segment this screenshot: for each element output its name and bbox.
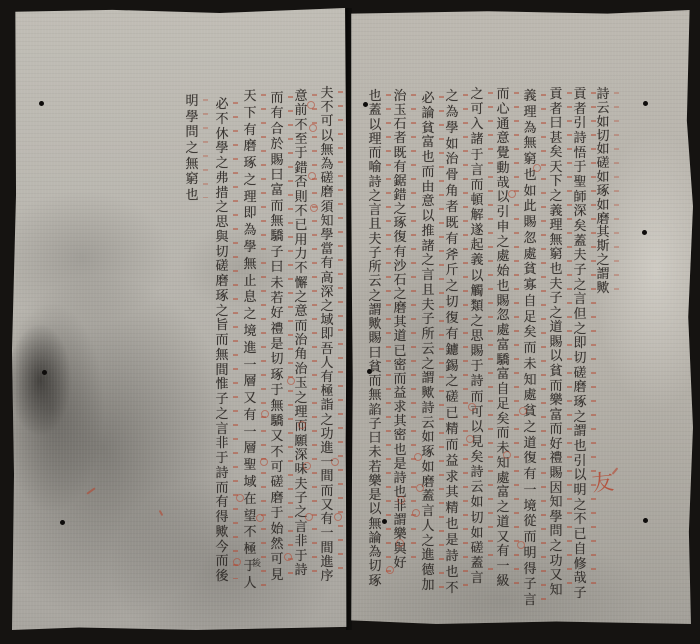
character: 也 bbox=[185, 189, 199, 202]
character: 好 bbox=[270, 307, 284, 320]
character: 處 bbox=[496, 250, 510, 263]
character: 進 bbox=[243, 342, 257, 355]
character: 始 bbox=[270, 523, 284, 536]
red-punctuation-circle bbox=[298, 421, 306, 429]
text-column-right-2: 貢者引詩悟于聖師深矣蓋夫子之言但之即切磋磨琢之謂也引以明之不已自修哉子 bbox=[572, 88, 588, 600]
character: 富 bbox=[549, 409, 563, 422]
character: 云 bbox=[596, 102, 610, 115]
character: 層 bbox=[243, 442, 257, 455]
character: 磨 bbox=[393, 302, 407, 315]
character: 謂 bbox=[573, 425, 587, 438]
character: 言 bbox=[368, 204, 382, 217]
red-punctuation-circle bbox=[533, 164, 541, 172]
character: 明 bbox=[573, 484, 587, 497]
character: 之 bbox=[368, 190, 382, 203]
character: 云 bbox=[470, 481, 484, 494]
character: 而 bbox=[215, 482, 229, 495]
character: 問 bbox=[185, 126, 199, 139]
red-punctuation-circle bbox=[414, 453, 422, 461]
character: 引 bbox=[573, 455, 587, 468]
character: 深 bbox=[573, 205, 587, 218]
character: 切 bbox=[215, 246, 229, 259]
character: 磨 bbox=[596, 213, 610, 226]
character: 非 bbox=[215, 437, 229, 450]
red-punctuation-circle bbox=[287, 377, 295, 385]
character: 無 bbox=[185, 158, 199, 171]
character: 起 bbox=[470, 239, 484, 252]
character: 而 bbox=[549, 423, 563, 436]
interlinear-note: 後 bbox=[252, 560, 261, 569]
character: 而 bbox=[393, 373, 407, 386]
red-brush-mark bbox=[86, 487, 95, 494]
character: 琢 bbox=[215, 290, 229, 303]
character: 引 bbox=[496, 206, 510, 219]
character: 義 bbox=[523, 90, 537, 103]
character: 諂 bbox=[368, 404, 382, 417]
red-punctuation-circle bbox=[416, 484, 424, 492]
character: 賜 bbox=[368, 332, 382, 345]
character: 無 bbox=[523, 137, 537, 150]
red-punctuation-circle bbox=[397, 496, 405, 504]
character: 之 bbox=[185, 142, 199, 155]
character: 不 bbox=[320, 101, 334, 114]
character: 師 bbox=[573, 191, 587, 204]
red-annotation: 友 bbox=[591, 472, 615, 496]
character: 級 bbox=[496, 575, 510, 588]
character: 人 bbox=[320, 357, 334, 370]
red-punctuation-circle bbox=[308, 172, 316, 180]
character: 序 bbox=[320, 570, 334, 583]
character: 足 bbox=[496, 398, 510, 411]
character: 覺 bbox=[496, 147, 510, 160]
character: 不 bbox=[573, 513, 587, 526]
character: 理 bbox=[243, 191, 257, 204]
character: 間 bbox=[320, 470, 334, 483]
character: 如 bbox=[596, 116, 610, 129]
character: 貧 bbox=[368, 361, 382, 374]
character: 詩 bbox=[393, 472, 407, 485]
character: 磋 bbox=[470, 542, 484, 555]
character: 子 bbox=[573, 587, 587, 600]
character: 蓋 bbox=[421, 490, 435, 503]
character: 也 bbox=[549, 263, 563, 276]
character: 而 bbox=[421, 166, 435, 179]
character: 天 bbox=[549, 161, 563, 174]
character: 有 bbox=[523, 468, 537, 481]
character: 為 bbox=[523, 122, 537, 135]
character: 思 bbox=[470, 330, 484, 343]
character: 詩 bbox=[573, 132, 587, 145]
character: 道 bbox=[549, 321, 563, 334]
character: 知 bbox=[320, 215, 334, 228]
character: 之 bbox=[470, 315, 484, 328]
character: 懈 bbox=[294, 277, 308, 290]
character: 也 bbox=[393, 444, 407, 457]
character: 但 bbox=[573, 308, 587, 321]
character: 得 bbox=[523, 563, 537, 576]
character: 曰 bbox=[270, 169, 284, 182]
character: 即 bbox=[573, 337, 587, 350]
character: 琢 bbox=[393, 217, 407, 230]
character: 詩 bbox=[368, 176, 382, 189]
red-brush-mark bbox=[159, 510, 164, 516]
character: 解 bbox=[470, 209, 484, 222]
character: 謂 bbox=[596, 268, 610, 281]
character: 于 bbox=[270, 384, 284, 397]
character: 悟 bbox=[573, 147, 587, 160]
character: 思 bbox=[215, 216, 229, 229]
character: 甚 bbox=[549, 132, 563, 145]
red-punctuation-circle bbox=[466, 435, 474, 443]
character: 切 bbox=[596, 130, 610, 143]
character: 一 bbox=[523, 484, 537, 497]
red-punctuation-circle bbox=[233, 558, 241, 566]
red-punctuation-circle bbox=[236, 494, 244, 502]
character: 是 bbox=[445, 534, 459, 547]
character: 言 bbox=[470, 572, 484, 585]
text-column-left-3: 而有合於賜曰富而無驕子曰未若好禮是切琢于無驕又不可磋磨于始然可見 bbox=[269, 92, 285, 582]
text-column-left-5: 必不休學之弗措之思與切磋磨琢之旨而無間惟子之言非于詩而有得歟今而後 bbox=[214, 98, 230, 583]
character: 貧 bbox=[523, 263, 537, 276]
character: 如 bbox=[445, 138, 459, 151]
character: 精 bbox=[445, 423, 459, 436]
character: 夫 bbox=[294, 478, 308, 491]
character: 意 bbox=[496, 132, 510, 145]
character: 休 bbox=[215, 128, 229, 141]
character: 有 bbox=[270, 107, 284, 120]
character: 而 bbox=[470, 179, 484, 192]
character: 之 bbox=[445, 90, 459, 103]
character: 曰 bbox=[549, 117, 563, 130]
character: 而 bbox=[215, 555, 229, 568]
character: 如 bbox=[596, 199, 610, 212]
character: 之 bbox=[496, 236, 510, 249]
character: 之 bbox=[215, 408, 229, 421]
character: 琢 bbox=[243, 157, 257, 170]
character: 又 bbox=[496, 531, 510, 544]
character: 磋 bbox=[445, 391, 459, 404]
text-column-right-7: 之為學如治骨角者既有斧斤之切復有鑢錫之磋已精而益求其精也是詩也不 bbox=[444, 90, 460, 595]
character: 忽 bbox=[523, 232, 537, 245]
character: 如 bbox=[596, 171, 610, 184]
character: 之 bbox=[445, 375, 459, 388]
character: 域 bbox=[243, 476, 257, 489]
character: 理 bbox=[523, 106, 537, 119]
character: 惟 bbox=[215, 378, 229, 391]
character: 子 bbox=[270, 246, 284, 259]
character: 角 bbox=[445, 185, 459, 198]
character: 意 bbox=[421, 195, 435, 208]
character: 息 bbox=[243, 291, 257, 304]
character: 子 bbox=[523, 578, 537, 591]
manuscript-text: 詩云如切如磋如琢如磨其斯之謂歟 貢者引詩悟于聖師深矣蓋夫子之言但之即切磋磨琢之謂… bbox=[0, 0, 700, 644]
character: 可 bbox=[320, 115, 334, 128]
character: 夫 bbox=[320, 87, 334, 100]
character: 已 bbox=[294, 219, 308, 232]
character: 有 bbox=[243, 409, 257, 422]
character: 治 bbox=[294, 363, 308, 376]
character: 以 bbox=[549, 350, 563, 363]
character: 也 bbox=[445, 566, 459, 579]
character: 子 bbox=[294, 492, 308, 505]
character: 哉 bbox=[496, 177, 510, 190]
character: 未 bbox=[523, 358, 537, 371]
red-punctuation-circle bbox=[310, 204, 318, 212]
character: 聖 bbox=[573, 176, 587, 189]
character: 詣 bbox=[320, 399, 334, 412]
character: 之 bbox=[573, 411, 587, 424]
character: 蓋 bbox=[368, 104, 382, 117]
character: 下 bbox=[243, 107, 257, 120]
character: 者 bbox=[393, 132, 407, 145]
character: 之 bbox=[549, 190, 563, 203]
text-column-right-8: 必論貧富也而由意以推諸之言且夫子所云之謂歟詩云如琢如磨蓋言人之進德加 bbox=[420, 92, 436, 592]
character: 琢 bbox=[368, 575, 382, 588]
character: 人 bbox=[243, 577, 257, 590]
character: 既 bbox=[445, 217, 459, 230]
character: 賜 bbox=[270, 154, 284, 167]
character: 詩 bbox=[215, 467, 229, 480]
character: 有 bbox=[393, 161, 407, 174]
character: 如 bbox=[421, 461, 435, 474]
character: 于 bbox=[470, 360, 484, 373]
character: 切 bbox=[445, 296, 459, 309]
character: 富 bbox=[496, 486, 510, 499]
character: 之 bbox=[549, 307, 563, 320]
character: 切 bbox=[470, 512, 484, 525]
red-punctuation-circle bbox=[331, 458, 339, 466]
character: 無 bbox=[368, 518, 382, 531]
character: 驕 bbox=[496, 354, 510, 367]
character: 論 bbox=[368, 532, 382, 545]
red-punctuation-circle bbox=[260, 458, 268, 466]
character: 合 bbox=[270, 123, 284, 136]
character: 遂 bbox=[470, 224, 484, 237]
character: 其 bbox=[596, 226, 610, 239]
character: 如 bbox=[470, 527, 484, 540]
character: 進 bbox=[320, 556, 334, 569]
character: 蓋 bbox=[470, 557, 484, 570]
character: 益 bbox=[393, 387, 407, 400]
red-punctuation-circle bbox=[519, 407, 527, 415]
character: 深 bbox=[320, 286, 334, 299]
character: 也 bbox=[368, 90, 382, 103]
character: 忽 bbox=[496, 309, 510, 322]
character: 子 bbox=[368, 418, 382, 431]
character: 措 bbox=[215, 187, 229, 200]
character: 錯 bbox=[393, 189, 407, 202]
character: 詩 bbox=[294, 564, 308, 577]
character: 窮 bbox=[185, 173, 199, 186]
character: 賜 bbox=[549, 467, 563, 480]
character: 是 bbox=[393, 458, 407, 471]
character: 從 bbox=[523, 515, 537, 528]
character: 功 bbox=[320, 428, 334, 441]
character: 有 bbox=[445, 328, 459, 341]
character: 有 bbox=[393, 246, 407, 259]
character: 之 bbox=[393, 288, 407, 301]
character: 人 bbox=[421, 520, 435, 533]
character: 而 bbox=[496, 427, 510, 440]
character: 密 bbox=[393, 429, 407, 442]
character: 意 bbox=[294, 305, 308, 318]
character: 治 bbox=[294, 334, 308, 347]
character: 不 bbox=[243, 526, 257, 539]
character: 足 bbox=[523, 311, 537, 324]
character: 而 bbox=[549, 380, 563, 393]
character: 之 bbox=[393, 203, 407, 216]
red-punctuation-circle bbox=[468, 403, 476, 411]
character: 如 bbox=[523, 185, 537, 198]
character: 望 bbox=[243, 510, 257, 523]
character: 琢 bbox=[421, 446, 435, 459]
character: 如 bbox=[596, 143, 610, 156]
character: 之 bbox=[523, 421, 537, 434]
character: 之 bbox=[368, 290, 382, 303]
character: 治 bbox=[445, 153, 459, 166]
character: 也 bbox=[573, 440, 587, 453]
character: 必 bbox=[421, 92, 435, 105]
character: 夫 bbox=[421, 299, 435, 312]
character: 知 bbox=[523, 374, 537, 387]
character: 樂 bbox=[368, 475, 382, 488]
character: 賜 bbox=[523, 216, 537, 229]
character: 之 bbox=[496, 501, 510, 514]
character: 引 bbox=[573, 117, 587, 130]
character: 詩 bbox=[596, 88, 610, 101]
character: 磨 bbox=[215, 275, 229, 288]
character: 喻 bbox=[368, 161, 382, 174]
character: 下 bbox=[549, 175, 563, 188]
character: 哉 bbox=[573, 572, 587, 585]
character: 驕 bbox=[270, 230, 284, 243]
character: 學 bbox=[185, 111, 199, 124]
character: 復 bbox=[393, 231, 407, 244]
character: 動 bbox=[496, 162, 510, 175]
character: 之 bbox=[573, 499, 587, 512]
character: 於 bbox=[270, 138, 284, 151]
character: 功 bbox=[549, 555, 563, 568]
character: 之 bbox=[421, 358, 435, 371]
character: 學 bbox=[243, 241, 257, 254]
character: 謂 bbox=[393, 514, 407, 527]
text-column-right-10: 也蓋以理而喻詩之言且夫子所云之謂歟賜曰貧而無諂子曰未若樂是以無論為切琢 bbox=[367, 90, 383, 588]
character: 曰 bbox=[270, 261, 284, 274]
character: 之 bbox=[243, 308, 257, 321]
character: 而 bbox=[368, 147, 382, 160]
character: 境 bbox=[243, 325, 257, 338]
character: 益 bbox=[445, 455, 459, 468]
character: 弗 bbox=[215, 172, 229, 185]
character: 貧 bbox=[421, 122, 435, 135]
character: 以 bbox=[470, 421, 484, 434]
character: 不 bbox=[215, 113, 229, 126]
character: 無 bbox=[549, 234, 563, 247]
character: 歟 bbox=[368, 318, 382, 331]
character: 深 bbox=[294, 449, 308, 462]
character: 寡 bbox=[523, 279, 537, 292]
character: 力 bbox=[294, 248, 308, 261]
character: 夫 bbox=[368, 233, 382, 246]
character: 琢 bbox=[573, 396, 587, 409]
character: 以 bbox=[320, 130, 334, 143]
character: 為 bbox=[445, 106, 459, 119]
character: 其 bbox=[445, 486, 459, 499]
character: 有 bbox=[445, 233, 459, 246]
character: 自 bbox=[523, 295, 537, 308]
character: 可 bbox=[470, 103, 484, 116]
red-punctuation-circle bbox=[386, 566, 394, 574]
character: 之 bbox=[215, 305, 229, 318]
character: 否 bbox=[294, 176, 308, 189]
character: 而 bbox=[496, 88, 510, 101]
character: 吾 bbox=[320, 343, 334, 356]
character: 樂 bbox=[549, 394, 563, 407]
character: 磋 bbox=[215, 260, 229, 273]
character: 之 bbox=[215, 157, 229, 170]
character: 極 bbox=[320, 385, 334, 398]
character: 磋 bbox=[573, 367, 587, 380]
character: 貢 bbox=[549, 88, 563, 101]
character: 又 bbox=[549, 569, 563, 582]
character: 富 bbox=[421, 136, 435, 149]
character: 不 bbox=[445, 582, 459, 595]
character: 不 bbox=[270, 446, 284, 459]
character: 心 bbox=[496, 103, 510, 116]
character: 言 bbox=[573, 293, 587, 306]
character: 而 bbox=[270, 92, 284, 105]
text-column-right-1: 詩云如切如磋如琢如磨其斯之謂歟 bbox=[595, 88, 611, 295]
character: 貧 bbox=[549, 365, 563, 378]
character: 磨 bbox=[270, 492, 284, 505]
character: 即 bbox=[243, 207, 257, 220]
character: 而 bbox=[523, 531, 537, 544]
character: 富 bbox=[496, 339, 510, 352]
character: 而 bbox=[294, 320, 308, 333]
character: 用 bbox=[294, 234, 308, 247]
character: 止 bbox=[243, 275, 257, 288]
character: 間 bbox=[215, 364, 229, 377]
character: 之 bbox=[294, 392, 308, 405]
character: 道 bbox=[523, 437, 537, 450]
character: 明 bbox=[523, 547, 537, 560]
character: 無 bbox=[243, 258, 257, 271]
character: 曰 bbox=[368, 347, 382, 360]
character: 磨 bbox=[320, 186, 334, 199]
character: 而 bbox=[470, 391, 484, 404]
text-column-right-6: 之可入諸于言而頓解遂起義以觸類之思賜于詩而可以見矣詩云如切如磋蓋言 bbox=[469, 88, 485, 585]
character: 切 bbox=[368, 560, 382, 573]
character: 得 bbox=[215, 511, 229, 524]
character: 琢 bbox=[270, 369, 284, 382]
character: 治 bbox=[393, 90, 407, 103]
character: 富 bbox=[270, 184, 284, 197]
character: 磋 bbox=[320, 172, 334, 185]
character: 于 bbox=[270, 507, 284, 520]
character: 于 bbox=[294, 147, 308, 160]
character: 始 bbox=[496, 265, 510, 278]
character: 之 bbox=[470, 88, 484, 101]
character: 入 bbox=[470, 118, 484, 131]
character: 又 bbox=[243, 392, 257, 405]
character: 之 bbox=[573, 323, 587, 336]
character: 有 bbox=[496, 545, 510, 558]
character: 之 bbox=[573, 279, 587, 292]
character: 天 bbox=[243, 90, 257, 103]
red-punctuation-circle bbox=[284, 553, 292, 561]
character: 理 bbox=[368, 133, 382, 146]
character: 云 bbox=[368, 275, 382, 288]
